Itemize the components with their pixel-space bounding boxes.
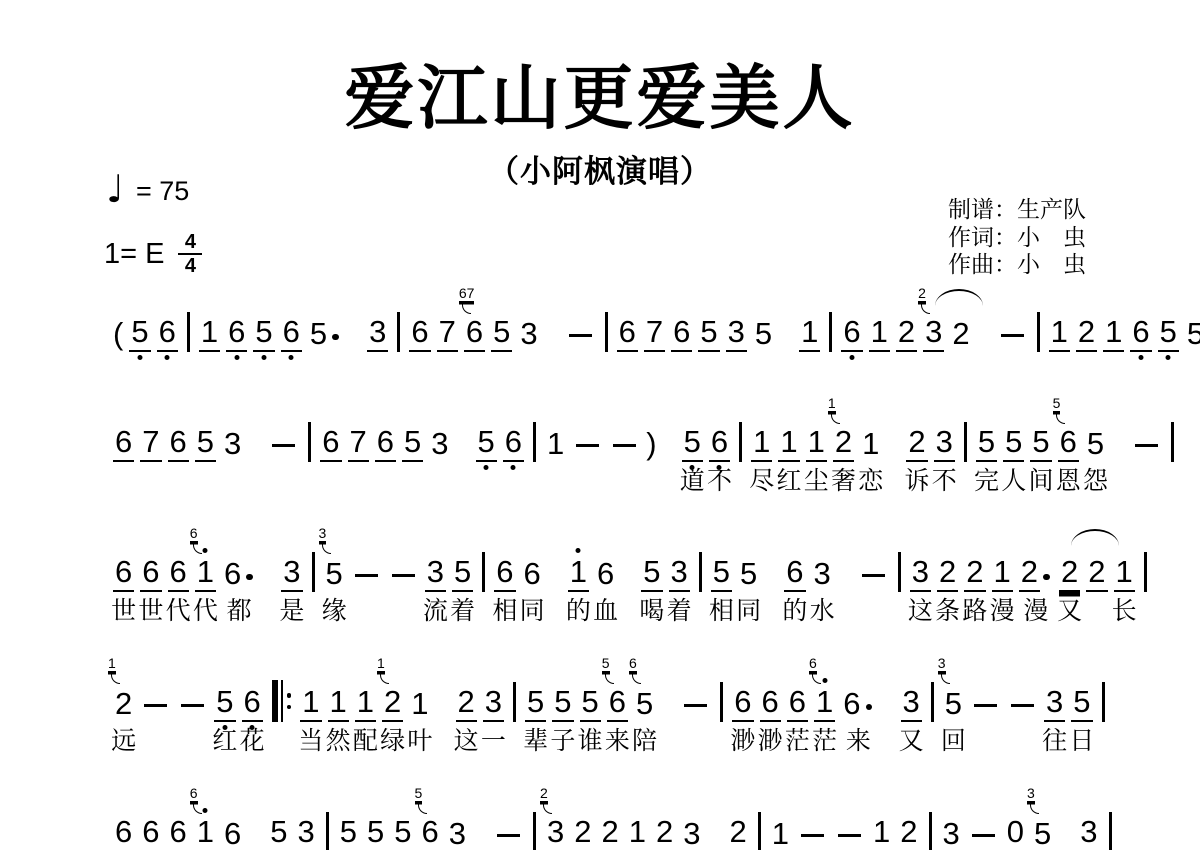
low-octave-dot [1166,355,1171,360]
note-part: 5 [641,546,662,592]
note-part: 3 [941,806,962,850]
barline-mark [1102,682,1105,722]
note-part [684,676,707,722]
note-digit-wrap: 5 [476,424,497,462]
note-part: 5 [476,416,497,462]
note-part: 0 [1005,806,1026,850]
note-digit-wrap: 6 [222,556,243,592]
note: 3 [681,806,702,850]
note-digit: 6 [843,686,860,721]
augmentation-dot [1040,556,1053,592]
note-part: 5 [452,546,473,592]
note: 5谁 [580,676,601,722]
note-digit: 5 [554,684,571,719]
barline-mark [482,552,485,592]
note-digit: 1 [1105,314,1122,349]
note-part [699,546,702,592]
note-digit: 3 [936,424,953,459]
note-digit-wrap: 1 [860,426,881,462]
note: 6同 [522,546,543,592]
note-digit: 3 [683,816,700,850]
note-digit: 1 [302,684,319,719]
note-digit: 6 [609,684,626,719]
barline-mark [929,812,932,850]
dash-mark [684,704,707,708]
note-part: 35 [943,676,964,722]
sheet-music-page: 爱江山更爱美人 （小阿枫演唱） ♩ = 75 1= E 4 4 制谱：生产队 作… [0,0,1200,850]
note-digit-wrap: 1 [199,314,220,352]
note-digit-wrap: 6 [760,684,781,722]
lyric-char: 子 [550,728,575,754]
note-digit: 5 [1032,424,1049,459]
lyric-char: 渺 [758,728,783,754]
note-part: 23 [923,306,944,352]
note-digit-wrap: 6 [140,814,161,850]
note-part: 5 [738,546,759,592]
note-part: 3 [681,806,702,850]
note-part: 5 [402,416,423,462]
note-part [308,416,311,462]
note-digit-wrap: 6 [242,684,263,722]
note-part [605,306,608,352]
barline-mark [964,422,967,462]
note-part: 3 [281,546,302,592]
note: 5红 [214,676,235,722]
grace-hook-icon [418,804,427,814]
note-digit-wrap: 5 [738,556,759,592]
duration-dash [576,416,599,462]
high-octave-dot [203,548,208,553]
note-part: 1 [871,806,892,850]
dash-mark [272,444,295,448]
note-digit: 6 [115,424,132,459]
note-part: 1 [568,546,589,592]
note: 7 [140,416,161,462]
grace-hook-icon [322,544,331,554]
note: 6 [503,416,524,462]
note-digit-wrap: 6 [617,314,638,352]
note-digit-wrap: 5 [308,316,329,352]
note-part: 65 [634,676,655,722]
note: 6不 [709,416,730,462]
note-digit-wrap: 3 [726,314,747,352]
note: 23 [545,806,566,850]
barline-mark [1144,552,1147,592]
note: 1 [799,306,820,352]
note-part: ) [646,416,656,462]
note-digit-wrap: 3 [923,314,944,352]
note: 5日 [1071,676,1092,722]
note-digit: 3 [449,816,466,850]
note: 1尘 [806,416,827,462]
key-text: 1= E [104,238,164,271]
note: 3 [367,306,388,352]
note-digit-wrap: 2 [896,314,917,352]
note: 5 [392,806,413,850]
note-digit: 6 [224,816,241,850]
repeat-dot [287,693,292,698]
lyric-char: 同 [736,598,761,624]
note-digit-wrap: 5 [1071,684,1092,722]
note-digit: 3 [671,554,688,589]
note-digit: 7 [439,314,456,349]
note-part: 6 [787,676,808,722]
note-part [1171,416,1174,462]
note-digit-wrap: 2 [906,424,927,462]
note-digit: 3 [1080,814,1097,849]
note-digit-wrap: 3 [812,556,833,592]
note: 3 [429,416,450,462]
grace-note: 6 [190,786,202,814]
note-digit: 5 [700,314,717,349]
lyric-char: 又 [899,728,924,754]
duration-dash [972,806,995,850]
note-part: 2 [898,806,919,850]
note-part [576,416,599,462]
note-digit-wrap: 1 [770,816,791,850]
note-digit: 2 [574,814,591,849]
grace-digits: 67 [459,286,475,302]
note-digit-wrap: 3 [681,816,702,850]
lyric-char: 不 [932,468,957,494]
note-part [187,306,190,352]
note-digit-wrap: 6 [671,314,692,352]
dash-mark [838,834,861,838]
note-part: 12 [113,676,134,722]
note: 3不 [934,416,955,462]
barline [1102,676,1105,722]
note-digit-wrap: 3 [429,426,450,462]
note-digit: 6 [466,314,483,349]
note-digit-wrap: 1 [992,554,1013,592]
note-digit: 5 [216,684,233,719]
note: 7 [348,416,369,462]
note-digit: 1 [801,314,818,349]
lyric-char: 当 [298,728,323,754]
lyric-char: 喝 [639,598,664,624]
open-paren: ( [113,316,123,352]
note-digit-wrap: 0 [1005,814,1026,850]
note-part [533,806,536,850]
note-part [392,546,415,592]
note-digit-wrap: 3 [447,816,468,850]
note-part: 12 [382,676,403,722]
grace-digits: 2 [540,786,548,802]
note-digit-wrap: 3 [1044,684,1065,722]
note-digit: 6 [422,814,439,849]
note: 6 [113,416,134,462]
barline-mark [397,312,400,352]
note-part: 6 [222,546,256,592]
note-part: 6 [140,546,161,592]
note-digit: 2 [939,554,956,589]
barline [397,306,400,352]
note-part: 2 [950,306,971,352]
barline-mark [1037,312,1040,352]
note-part [144,676,167,722]
tie-arc [935,289,983,306]
note: 3 [296,806,317,850]
barline [829,306,832,352]
note-part: 5 [580,676,601,722]
note-part: 1 [799,306,820,352]
note-part: 5 [129,306,150,352]
grace-hook-icon [632,674,641,684]
note-part: 7 [348,416,369,462]
note-digit-wrap: 6 [709,424,730,462]
note-digit-wrap: 6 [226,314,247,352]
note-part: 6 [1130,306,1151,352]
lyric-char: 这 [454,728,479,754]
note-digit-wrap: 3 [281,554,302,592]
note-digit: 1 [772,816,789,850]
note: 61 [195,806,216,850]
note-part: ( [113,306,123,352]
note-part: 1 [1049,306,1070,352]
note: 5 [491,306,512,352]
note-digit-wrap: 6 [281,314,302,352]
note-digit-wrap: 5 [552,684,573,722]
note-part: 5 [976,416,997,462]
note-part: 6 [113,416,134,462]
note: 1的 [568,546,589,592]
note-digit-wrap: 5 [1085,426,1106,462]
note-digit: 6 [843,314,860,349]
grace-hook-icon [193,804,202,814]
lyric-char: 世 [111,598,136,624]
note-digit-wrap: 3 [934,424,955,462]
lyric-char: 红 [776,468,801,494]
note-part: 6 [140,806,161,850]
repeat-dots [287,680,292,722]
note-digit-wrap: 6 [732,684,753,722]
grace-digits: 2 [918,286,926,302]
note: 6 [671,306,692,352]
lyric-char: 茫 [812,728,837,754]
barline-mark [898,552,901,592]
note-digit: 6 [283,314,300,349]
repeat-sign [272,680,292,722]
credit-lyricist: 作词：小 虫 [948,224,1086,252]
note-digit: 5 [1073,684,1090,719]
note-digit-wrap: 3 [296,814,317,850]
note-part: 5 [552,676,573,722]
note-part: 6 [409,306,430,352]
note-part: 5 [268,806,289,850]
lyric-char: 又 [1057,598,1082,624]
note-digit: 2 [898,314,915,349]
note-part: 23 [545,806,566,850]
note-digit-wrap: 5 [392,814,413,850]
barline-mark [533,812,536,850]
note-digit-wrap: 2 [572,814,593,850]
note-part [1144,546,1147,592]
note-digit: 1 [201,314,218,349]
note-part: 5 [1030,416,1051,462]
lyric-char: 是 [279,598,304,624]
note-digit-wrap: 1 [1114,554,1135,592]
grace-note: 5 [415,786,427,814]
note-part: 5 [365,806,386,850]
note: 5道 [682,416,703,462]
note-digit-wrap: 6 [1130,314,1151,352]
lyric-char: 谁 [578,728,603,754]
barline [739,416,742,462]
note-part: 2 [1019,546,1053,592]
note-digit-wrap: 2 [1059,554,1080,592]
note: 5 [1158,306,1179,352]
note-part: 2 [1059,546,1080,592]
duration-dash [1001,306,1024,352]
barline [533,416,536,462]
note-digit: 5 [643,554,660,589]
note-digit: 1 [780,424,797,459]
note-digit-wrap: 2 [833,424,854,462]
note-digit-wrap: 6 [841,686,862,722]
duration-dash [144,676,167,722]
note-digit: 6 [619,314,636,349]
lyric-char: 恩 [1056,468,1081,494]
note: 1 [199,306,220,352]
note-part: 61 [195,546,216,592]
barline-mark [513,682,516,722]
note-part [533,416,536,462]
note-part: 2 [896,306,917,352]
note-digit-wrap: 6 [595,556,616,592]
note-digit: 2 [908,424,925,459]
barline-mark [1109,812,1112,850]
time-signature: 4 4 [178,232,202,276]
time-denominator: 4 [185,256,196,276]
grace-note: 1 [828,396,840,424]
music-line: 12远5红6花1当1然1配12绿1叶2这3一5辈5子5谁56来65陪6渺6渺6茫… [110,676,1111,722]
note-part: 1 [1114,546,1135,592]
grace-digits: 6 [629,656,637,672]
note-digit-wrap: 5 [634,686,655,722]
lyric-char: 完 [974,468,999,494]
augmentation-dot [243,556,256,592]
barline-mark [1171,422,1174,462]
note: 5 [195,416,216,462]
note: 6花 [242,676,263,722]
note-part: 2 [1076,306,1097,352]
grace-hook-icon [193,544,202,554]
note-part: 6 [494,546,515,592]
note-part: 1 [992,546,1013,592]
note-digit: 3 [369,314,386,349]
note-digit: 2 [1021,554,1038,589]
note-part: 6 [522,546,543,592]
note-digit-wrap: 5 [402,424,423,462]
note-digit-wrap: 1 [627,814,648,850]
note-part [181,676,204,722]
grace-note: 1 [108,656,120,684]
note-part: 3 [1044,676,1065,722]
grace-note: 5 [1053,396,1065,424]
note: 5同 [738,546,759,592]
note-part: 12 [833,416,854,462]
note-part: 2 [906,416,927,462]
note-part: 3 [518,306,539,352]
note: 3水 [812,546,833,592]
lyric-char: 辈 [523,728,548,754]
note: 1然 [328,676,349,722]
note: 5 [1185,306,1200,352]
song-title: 爱江山更爱美人 [0,56,1200,140]
note-digit: 5 [1187,316,1200,351]
note-digit-wrap: 6 [320,424,341,462]
note-digit: 5 [394,814,411,849]
note-digit: 5 [684,424,701,459]
note-digit: 3 [943,816,960,850]
note-digit: 6 [224,556,241,591]
note: 65陪 [634,676,655,722]
note-digit: 1 [411,686,428,721]
note-digit-wrap: 6 [375,424,396,462]
note-digit: 2 [730,814,747,849]
note-part: 1 [545,416,566,462]
note-digit: 5 [326,556,343,591]
note-digit: 3 [520,316,537,351]
note: 5 [253,306,274,352]
grace-hook-icon [812,674,821,684]
barline-mark [739,422,742,462]
grace-digits: 6 [809,656,817,672]
note: 2路 [964,546,985,592]
note-part: 7 [437,306,458,352]
note-digit: 6 [505,424,522,459]
note: 2 [572,806,593,850]
dash-mark [569,334,592,338]
note-digit-wrap: 3 [910,554,931,592]
note: 1 [770,806,791,850]
lyric-char: 回 [941,728,966,754]
note-digit: 1 [808,424,825,459]
note-part [482,546,485,592]
note-digit: 6 [228,314,245,349]
note-digit: 2 [1061,554,1078,589]
lyric-char: 尘 [804,468,829,494]
note: 12绿 [382,676,403,722]
note-digit: 2 [384,684,401,719]
note-digit-wrap: 1 [355,684,376,722]
key-signature: 1= E 4 4 [104,232,202,276]
note: 5怨 [1085,416,1106,462]
note-digit: 2 [458,684,475,719]
credit-arranger: 制谱：生产队 [948,196,1086,224]
note-digit-wrap: 3 [518,316,539,352]
dash-mark [392,574,415,578]
low-octave-dot [234,355,239,360]
lyric-char: 的 [782,598,807,624]
barline-mark [931,682,934,722]
lyric-char: 叶 [407,728,432,754]
note-part: 5 [525,676,546,722]
barline [1171,416,1174,462]
note-part: 6 [784,546,805,592]
note-digit-wrap: 6 [168,554,189,592]
note: 1配 [355,676,376,722]
note-part [974,676,997,722]
grace-digits: 1 [828,396,836,412]
note-digit: 1 [816,684,833,719]
note-digit: 3 [485,684,502,719]
duration-dash [355,546,378,592]
grace-hook-icon [462,304,471,314]
note-digit-wrap: 6 [841,314,862,352]
note-digit: 5 [740,556,757,591]
barline-mark [605,312,608,352]
